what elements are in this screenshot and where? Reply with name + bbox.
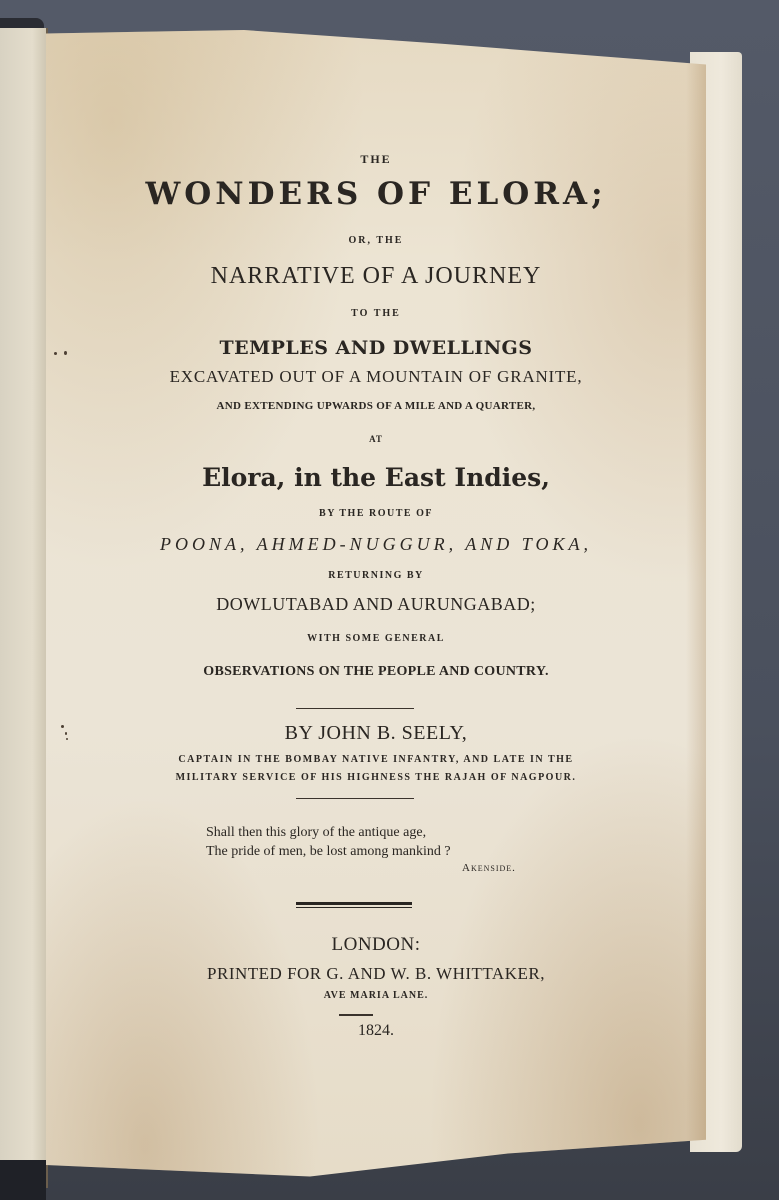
line-returning: RETURNING BY	[46, 570, 706, 581]
author-line: BY JOHN B. SEELY,	[46, 722, 706, 745]
divider-rule	[296, 708, 414, 709]
line-or-the: OR, THE	[46, 235, 706, 246]
divider-rule	[296, 798, 414, 799]
left-facing-leaf	[0, 28, 48, 1188]
extending-line: AND EXTENDING UPWARDS OF A MILE AND A QU…	[46, 400, 706, 412]
excavated-line: EXCAVATED OUT OF A MOUNTAIN OF GRANITE,	[46, 367, 706, 387]
epigraph-line-1: Shall then this glory of the antique age…	[206, 823, 451, 842]
author-description-2: MILITARY SERVICE OF HIS HIGHNESS THE RAJ…	[46, 772, 706, 783]
imprint-year: 1824.	[46, 1022, 706, 1040]
imprint-address: AVE MARIA LANE.	[46, 990, 706, 1001]
line-at: AT	[46, 434, 706, 444]
return-route-line: DOWLUTABAD AND AURUNGABAD;	[46, 594, 706, 615]
epigraph-line-2: The pride of men, be lost among mankind …	[206, 842, 451, 861]
rule-thin	[296, 907, 412, 908]
line-with-some: WITH SOME GENERAL	[46, 633, 706, 644]
rule-thick	[296, 902, 412, 905]
route-line: POONA, AHMED-NUGGUR, AND TOKA,	[46, 534, 706, 555]
main-title: WONDERS OF ELORA;	[46, 176, 706, 212]
author-description-1: CAPTAIN IN THE BOMBAY NATIVE INFANTRY, A…	[46, 754, 706, 765]
front-cover-bottom	[0, 1160, 46, 1200]
line-the: THE	[46, 152, 706, 167]
epigraph-attribution: Akenside.	[462, 862, 516, 874]
double-rule	[296, 902, 412, 908]
subtitle: NARRATIVE OF A JOURNEY	[46, 263, 706, 290]
temples-heading: TEMPLES AND DWELLINGS	[46, 337, 706, 359]
line-by-route: BY THE ROUTE OF	[46, 508, 706, 519]
observations-line: OBSERVATIONS ON THE PEOPLE AND COUNTRY.	[46, 664, 706, 680]
line-to-the: TO THE	[46, 308, 706, 319]
location-blackletter: Elora, in the East Indies,	[46, 463, 706, 492]
imprint-city: LONDON:	[46, 934, 706, 956]
imprint-printer: PRINTED FOR G. AND W. B. WHITTAKER,	[46, 964, 706, 984]
epigraph: Shall then this glory of the antique age…	[206, 823, 451, 861]
short-rule	[339, 1014, 373, 1016]
